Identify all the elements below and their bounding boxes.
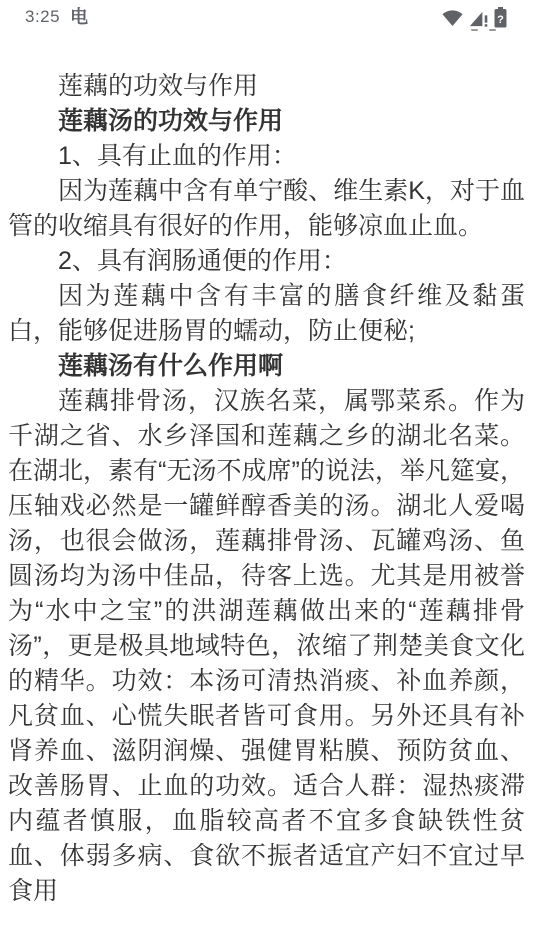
cellular-signal-alert-icon [468,8,489,27]
list-item-2: 2、具有润肠通便的作用： [8,244,525,279]
svg-text:?: ? [497,14,504,26]
status-bar-dashes [471,29,496,31]
wifi-icon [442,8,463,27]
status-dash [471,29,478,31]
article-body[interactable]: 莲藕的功效与作用 莲藕汤的功效与作用 1、具有止血的作用： 因为莲藕中含有单宁酸… [0,69,533,909]
paragraph: 因为莲藕中含有丰富的膳食纤维及黏蛋白，能够促进肠胃的蠕动，防止便秘; [8,279,525,349]
section-heading: 莲藕汤的功效与作用 [8,104,525,139]
article-title: 莲藕的功效与作用 [8,69,525,104]
status-bar-left: 3:25 电 [25,7,88,27]
notification-icon: 电 [70,7,88,27]
paragraph: 莲藕排骨汤，汉族名菜，属鄂菜系。作为千湖之省、水乡泽国和莲藕之乡的湖北名菜。在湖… [8,384,525,909]
list-item-1: 1、具有止血的作用： [8,139,525,174]
paragraph: 因为莲藕中含有单宁酸、维生素K，对于血管的收缩具有很好的作用，能够凉血止血。 [8,174,525,244]
status-bar: 3:25 电 ? [0,0,533,40]
status-dash [489,29,496,31]
phone-screen: 3:25 电 ? [0,0,533,948]
battery-unknown-icon: ? [494,7,507,28]
section-heading: 莲藕汤有什么作用啊 [8,349,525,384]
clock: 3:25 [25,7,60,27]
status-bar-right: ? [442,7,507,28]
